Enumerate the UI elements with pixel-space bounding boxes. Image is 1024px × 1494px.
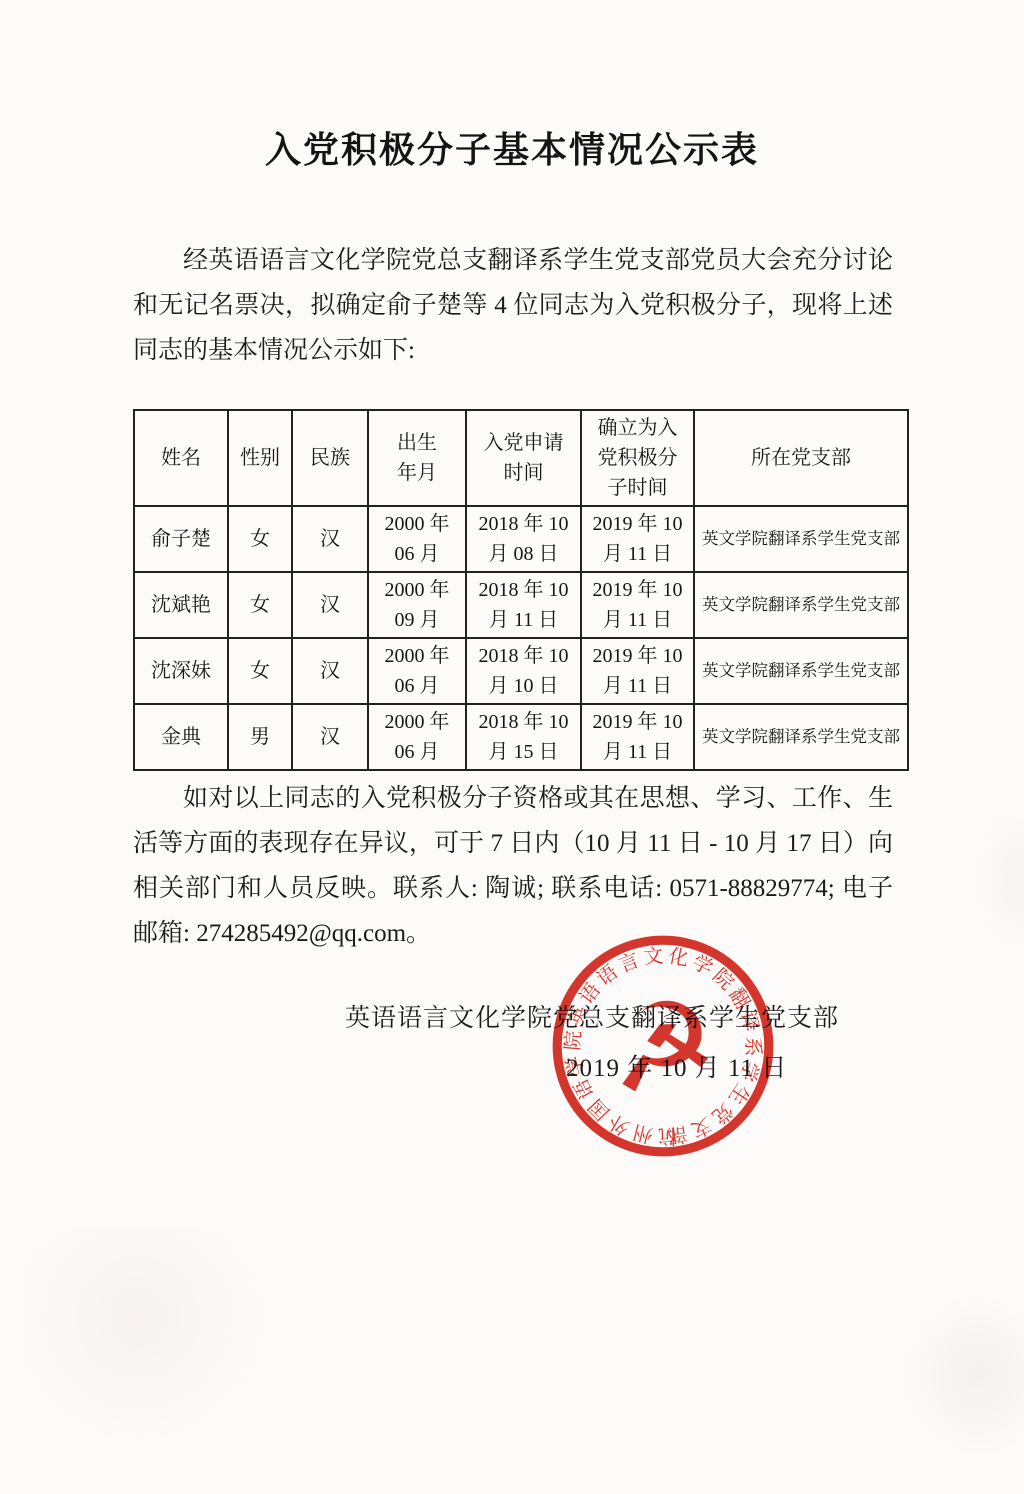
scan-smudge xyxy=(900,1290,1024,1460)
table-row: 俞子楚 女 汉 2000 年 06 月 2018 年 10 月 08 日 201… xyxy=(134,506,908,572)
cell-ethnicity: 汉 xyxy=(292,638,368,704)
activists-table: 姓名 性别 民族 出生年月 入党申请时间 确立为入党积极分子时间 所在党支部 俞… xyxy=(133,409,909,771)
cell-gender: 女 xyxy=(228,506,292,572)
hammer-sickle-icon: ☭ xyxy=(604,974,723,1122)
document-page: 入党积极分子基本情况公示表 经英语语言文化学院党总支翻译系学生党支部党员大会充分… xyxy=(0,0,1024,1494)
cell-gender: 男 xyxy=(228,704,292,770)
cell-confirm-time: 2019 年 10 月 11 日 xyxy=(581,572,694,638)
column-header-gender: 性别 xyxy=(228,410,292,506)
cell-confirm-time: 2019 年 10 月 11 日 xyxy=(581,638,694,704)
column-header-ethnicity: 民族 xyxy=(292,410,368,506)
cell-application-time: 2018 年 10 月 10 日 xyxy=(466,638,581,704)
table-row: 沈深妹 女 汉 2000 年 06 月 2018 年 10 月 10 日 201… xyxy=(134,638,908,704)
cell-application-time: 2018 年 10 月 08 日 xyxy=(466,506,581,572)
cell-birth: 2000 年 06 月 xyxy=(368,506,466,572)
page-title: 入党积极分子基本情况公示表 xyxy=(0,122,1024,173)
table-row: 沈斌艳 女 汉 2000 年 09 月 2018 年 10 月 11 日 201… xyxy=(134,572,908,638)
official-stamp: 杭州外国语学院英语语言文化学院翻译系学生党支部 ☭ xyxy=(535,918,791,1174)
cell-gender: 女 xyxy=(228,638,292,704)
table-row: 金典 男 汉 2000 年 06 月 2018 年 10 月 15 日 2019… xyxy=(134,704,908,770)
cell-ethnicity: 汉 xyxy=(292,572,368,638)
column-header-name: 姓名 xyxy=(134,410,228,506)
cell-gender: 女 xyxy=(228,572,292,638)
cell-branch: 英文学院翻译系学生党支部 xyxy=(694,704,908,770)
cell-ethnicity: 汉 xyxy=(292,506,368,572)
cell-name: 金典 xyxy=(134,704,228,770)
cell-name: 沈斌艳 xyxy=(134,572,228,638)
cell-birth: 2000 年 09 月 xyxy=(368,572,466,638)
notice-paragraph: 如对以上同志的入党积极分子资格或其在思想、学习、工作、生活等方面的表现存在异议，… xyxy=(133,776,893,956)
cell-branch: 英文学院翻译系学生党支部 xyxy=(694,638,908,704)
intro-paragraph: 经英语语言文化学院党总支翻译系学生党支部党员大会充分讨论和无记名票决，拟确定俞子… xyxy=(133,238,893,373)
cell-name: 俞子楚 xyxy=(134,506,228,572)
cell-name: 沈深妹 xyxy=(134,638,228,704)
column-header-branch: 所在党支部 xyxy=(694,410,908,506)
cell-birth: 2000 年 06 月 xyxy=(368,638,466,704)
scan-smudge xyxy=(30,1230,270,1450)
column-header-birth: 出生年月 xyxy=(368,410,466,506)
cell-application-time: 2018 年 10 月 15 日 xyxy=(466,704,581,770)
cell-confirm-time: 2019 年 10 月 11 日 xyxy=(581,704,694,770)
cell-branch: 英文学院翻译系学生党支部 xyxy=(694,506,908,572)
cell-confirm-time: 2019 年 10 月 11 日 xyxy=(581,506,694,572)
column-header-confirm-time: 确立为入党积极分子时间 xyxy=(581,410,694,506)
scan-smudge xyxy=(975,800,1024,960)
table-header-row: 姓名 性别 民族 出生年月 入党申请时间 确立为入党积极分子时间 所在党支部 xyxy=(134,410,908,506)
cell-birth: 2000 年 06 月 xyxy=(368,704,466,770)
cell-application-time: 2018 年 10 月 11 日 xyxy=(466,572,581,638)
column-header-application-time: 入党申请时间 xyxy=(466,410,581,506)
cell-branch: 英文学院翻译系学生党支部 xyxy=(694,572,908,638)
cell-ethnicity: 汉 xyxy=(292,704,368,770)
